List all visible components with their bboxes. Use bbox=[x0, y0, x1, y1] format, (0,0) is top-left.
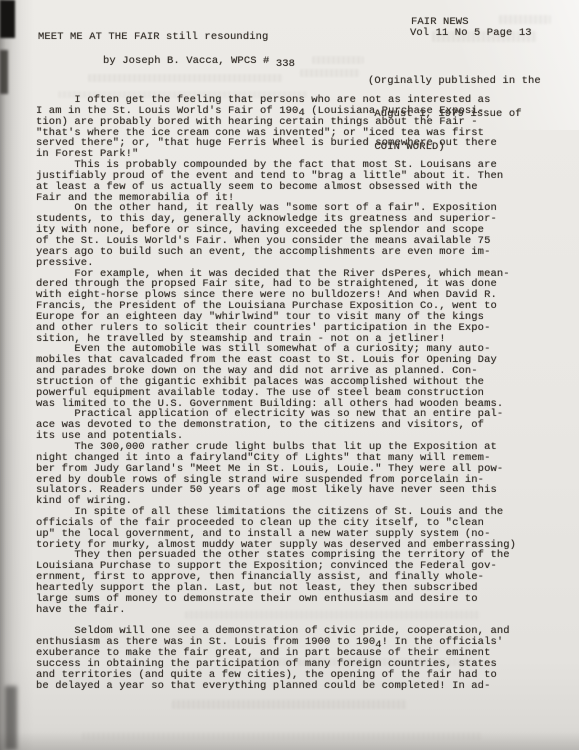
bleed-through-mark bbox=[88, 74, 283, 82]
bleed-through-mark bbox=[499, 15, 551, 24]
bleed-through-mark bbox=[300, 69, 360, 77]
typed-line: and territories (and quite a few cities)… bbox=[36, 670, 556, 681]
typed-line: powerful equipment available today. The … bbox=[36, 388, 556, 399]
masthead-volume-page: Vol 11 No 5 Page 13 bbox=[410, 28, 532, 39]
scan-edge-mark bbox=[0, 50, 8, 94]
scan-corner-mark-top-left bbox=[0, 0, 15, 38]
scanned-newsletter-page: FAIR NEWS Vol 11 No 5 Page 13 MEET ME AT… bbox=[0, 0, 579, 750]
typed-line: at least a few of us actually seem to be… bbox=[36, 182, 556, 193]
typed-body: I often get the feeling that persons who… bbox=[36, 95, 556, 691]
byline-text: by Joseph B. Vacca, WPCS # bbox=[103, 55, 276, 67]
typed-line: pressive. bbox=[36, 258, 556, 269]
byline: by Joseph B. Vacca, WPCS # 338 bbox=[103, 56, 295, 67]
scan-left-edge bbox=[0, 0, 6, 750]
bleed-through-mark bbox=[172, 700, 407, 709]
bleed-through-mark bbox=[312, 56, 364, 64]
typed-line: and other rulers to solicit their countr… bbox=[36, 323, 556, 334]
typed-line: up" the local government, and to install… bbox=[36, 529, 556, 540]
typed-line: be delayed a year so that everything pla… bbox=[36, 681, 556, 692]
typed-line: ber from Judy Garland's "Meet Me in St. … bbox=[36, 464, 556, 475]
typed-line: years ago to build such an event, the ac… bbox=[36, 247, 556, 258]
article-title: MEET ME AT THE FAIR still resounding bbox=[38, 32, 268, 43]
typed-line: tion) are probably bored with hearing ce… bbox=[36, 117, 556, 128]
bleed-through-mark bbox=[82, 732, 482, 740]
typed-line: have the fair. bbox=[36, 605, 556, 616]
byline-member-number: 338 bbox=[276, 58, 295, 70]
publication-note-line: (Orginally published in the bbox=[368, 76, 541, 87]
